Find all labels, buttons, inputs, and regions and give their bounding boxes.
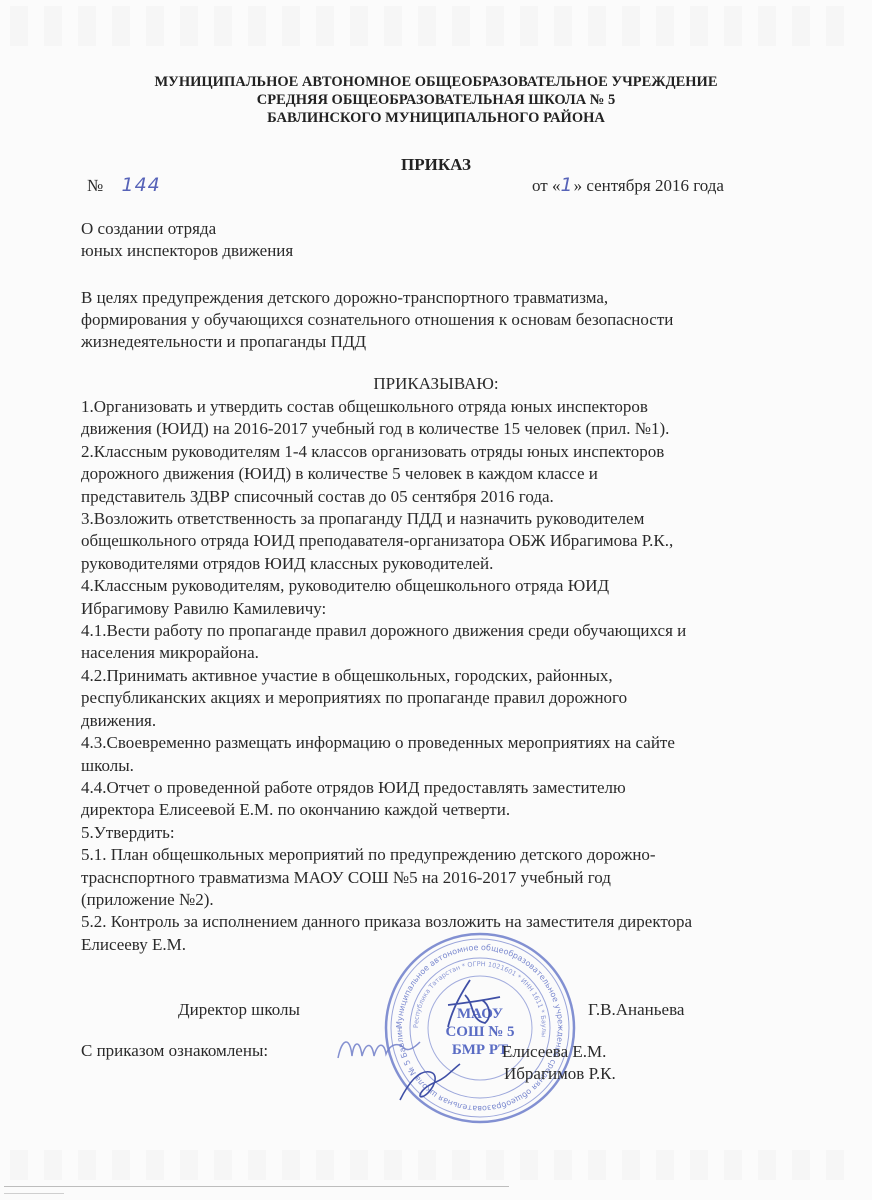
document-title: ПРИКАЗ (0, 155, 872, 175)
preamble-line: формирования у обучающихся сознательного… (81, 309, 801, 331)
number-label: № (87, 176, 103, 195)
item-line: 5.1. План общешкольных мероприятий по пр… (81, 844, 811, 866)
date-prefix: от « (532, 176, 560, 195)
item-line: траснспортного травматизма МАОУ СОШ №5 н… (81, 867, 811, 889)
preamble-line: В целях предупреждения детского дорожно-… (81, 287, 801, 309)
acknowledgement-label: С приказом ознакомлены: (81, 1041, 268, 1061)
order-subject: О создании отряда юных инспекторов движе… (81, 218, 293, 262)
item-line: директора Елисеевой Е.М. по окончанию ка… (81, 799, 811, 821)
item-line: общешкольного отряда ЮИД преподавателя-о… (81, 530, 811, 552)
order-date: от «1» сентября 2016 года (532, 174, 724, 196)
scan-bleed-through (10, 6, 852, 46)
date-suffix: » сентября 2016 года (574, 176, 724, 195)
item-line: дорожного движения (ЮИД) в количестве 5 … (81, 463, 811, 485)
subject-line: О создании отряда (81, 218, 293, 240)
item-line: 4.Классным руководителям, руководителю о… (81, 575, 811, 597)
order-number: № 144 (87, 174, 161, 196)
svg-text:БМР РТ: БМР РТ (452, 1042, 508, 1058)
item-line: 1.Организовать и утвердить состав общешк… (81, 396, 811, 418)
director-role: Директор школы (178, 1000, 300, 1020)
item-line: школы. (81, 755, 811, 777)
item-line: Ибрагимову Равилю Камилевичу: (81, 598, 811, 620)
item-line: 5.Утвердить: (81, 822, 811, 844)
handwritten-day: 1 (560, 174, 573, 196)
acknowledgement-signature-icon (390, 1060, 470, 1110)
organization-header: МУНИЦИПАЛЬНОЕ АВТОНОМНОЕ ОБЩЕОБРАЗОВАТЕЛ… (0, 73, 872, 127)
subject-line: юных инспекторов движения (81, 240, 293, 262)
org-line: СРЕДНЯЯ ОБЩЕОБРАЗОВАТЕЛЬНАЯ ШКОЛА № 5 (0, 91, 872, 109)
item-line: республиканских акциях и мероприятиях по… (81, 687, 811, 709)
item-line: населения микрорайона. (81, 642, 811, 664)
org-line: МУНИЦИПАЛЬНОЕ АВТОНОМНОЕ ОБЩЕОБРАЗОВАТЕЛ… (0, 73, 872, 91)
acknowledgement-names: Елисеева Е.М. Ибрагимов Р.К. (502, 1041, 616, 1085)
org-line: БАВЛИНСКОГО МУНИЦИПАЛЬНОГО РАЙОНА (0, 109, 872, 127)
preamble-line: жизнедеятельности и пропаганды ПДД (81, 331, 801, 353)
item-line: (приложение №2). (81, 889, 811, 911)
item-line: 4.4.Отчет о проведенной работе отрядов Ю… (81, 777, 811, 799)
ack-name: Ибрагимов Р.К. (504, 1063, 616, 1085)
scan-edge-line (4, 1193, 64, 1194)
item-line: 2.Классным руководителям 1-4 классов орг… (81, 441, 811, 463)
director-name: Г.В.Ананьева (588, 1000, 684, 1020)
item-line: 4.3.Своевременно размещать информацию о … (81, 732, 811, 754)
scan-edge-line (4, 1186, 509, 1187)
item-line: движения. (81, 710, 811, 732)
scan-bleed-through (10, 1150, 852, 1180)
item-line: 4.1.Вести работу по пропаганде правил до… (81, 620, 811, 642)
item-line: руководителями отрядов ЮИД классных руко… (81, 553, 811, 575)
scanned-document-page: МУНИЦИПАЛЬНОЕ АВТОНОМНОЕ ОБЩЕОБРАЗОВАТЕЛ… (0, 0, 872, 1200)
item-line: 4.2.Принимать активное участие в общешко… (81, 665, 811, 687)
director-signature-icon (430, 975, 510, 1035)
order-heading: ПРИКАЗЫВАЮ: (0, 374, 872, 394)
preamble: В целях предупреждения детского дорожно-… (81, 287, 801, 353)
handwritten-number: 144 (121, 174, 160, 196)
item-line: 3.Возложить ответственность за пропаганд… (81, 508, 811, 530)
order-items: 1.Организовать и утвердить состав общешк… (81, 396, 811, 956)
item-line: движения (ЮИД) на 2016-2017 учебный год … (81, 418, 811, 440)
ack-name: Елисеева Е.М. (502, 1041, 616, 1063)
item-line: представитель ЗДВР списочный состав до 0… (81, 486, 811, 508)
